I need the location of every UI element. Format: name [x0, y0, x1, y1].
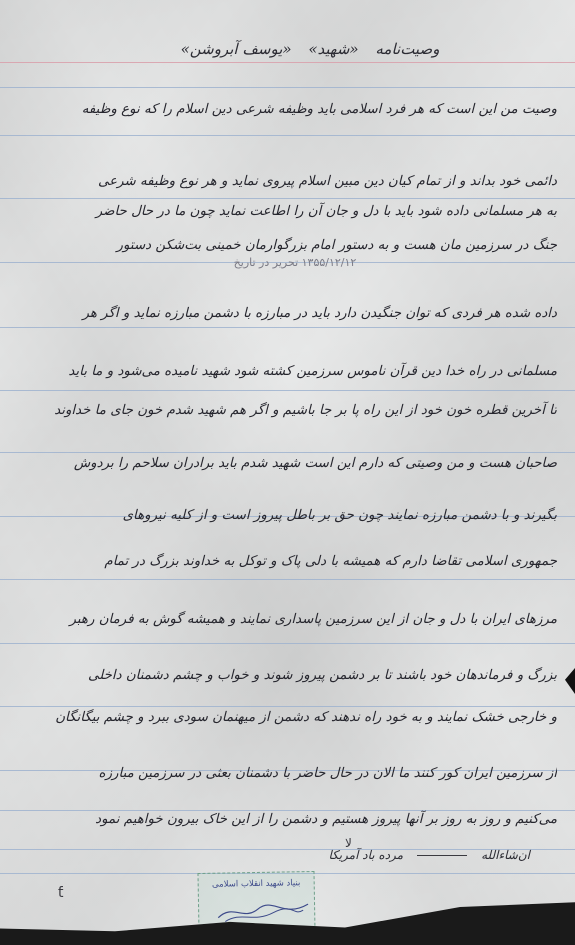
- text-line: از سرزمین ایران کور کنند ما الان در حال …: [28, 760, 557, 788]
- stamp-text: بنیاد شهید انقلاب اسلامی: [203, 878, 310, 890]
- text-line: تا آخرین قطره خون خود از این راه پا بر ج…: [28, 397, 557, 425]
- text-line: بگیرند و با دشمن مبارزه نمایند چون حق بر…: [28, 502, 557, 530]
- text-line: داده شده هر فردی که توان جنگیدن دارد بای…: [28, 300, 557, 328]
- text-line: به هر مسلمانی داده شود باید با دل و جان …: [28, 198, 557, 226]
- text-line: صاحبان هست و من وصیتی که دارم این است شه…: [28, 450, 557, 478]
- closing-phrase: ان‌شاءالله: [481, 848, 530, 862]
- text-line: دائمی خود بداند و از تمام کیان دین مبین …: [28, 168, 557, 196]
- ink-mark: ﻻ: [345, 836, 352, 850]
- text-line: بزرگ و فرماندهان خود باشند تا بر دشمن پی…: [28, 662, 557, 690]
- text-line: جمهوری اسلامی تقاضا دارم که همیشه با دلی…: [28, 548, 557, 576]
- text-line: می‌کنیم و روز به روز بر آنها پیروز هستیم…: [28, 806, 557, 834]
- ruled-line: [0, 579, 575, 580]
- ruled-line: [0, 135, 575, 136]
- crumpled-paper-sheet: وصیت‌نامه «شهید» «یوسف آبروشن» وصیت من ا…: [0, 0, 575, 935]
- dash-divider: [417, 855, 467, 856]
- ruled-line: [0, 87, 575, 88]
- text-line: و خارجی خشک نمایند و به خود راه ندهند که…: [28, 704, 557, 732]
- title-honorific: «شهید»: [308, 40, 358, 58]
- will-title: وصیت‌نامه «شهید» «یوسف آبروشن»: [100, 40, 520, 72]
- text-line: وصیت من این است که هر فرد اسلامی باید وظ…: [28, 96, 557, 124]
- pen-mark: ƭ: [58, 885, 64, 901]
- official-stamp: بنیاد شهید انقلاب اسلامی: [197, 871, 315, 933]
- closing-note: مرده باد آمریکا: [328, 848, 403, 862]
- closing-line: ان‌شاءالله مرده باد آمریکا: [100, 843, 530, 867]
- ruled-line: [0, 390, 575, 391]
- ruled-line: [0, 643, 575, 644]
- signature-scribble: [213, 898, 313, 924]
- text-line: مسلمانی در راه خدا دین قرآن ناموس سرزمین…: [28, 358, 557, 386]
- title-name: «یوسف آبروشن»: [181, 40, 292, 58]
- date-annotation: ۱۳۵۵/۱۲/۱۲ تحریر در تاریخ: [215, 256, 375, 269]
- text-line: مرزهای ایران با دل و جان از این سرزمین پ…: [28, 606, 557, 634]
- title-prefix: وصیت‌نامه: [375, 40, 439, 58]
